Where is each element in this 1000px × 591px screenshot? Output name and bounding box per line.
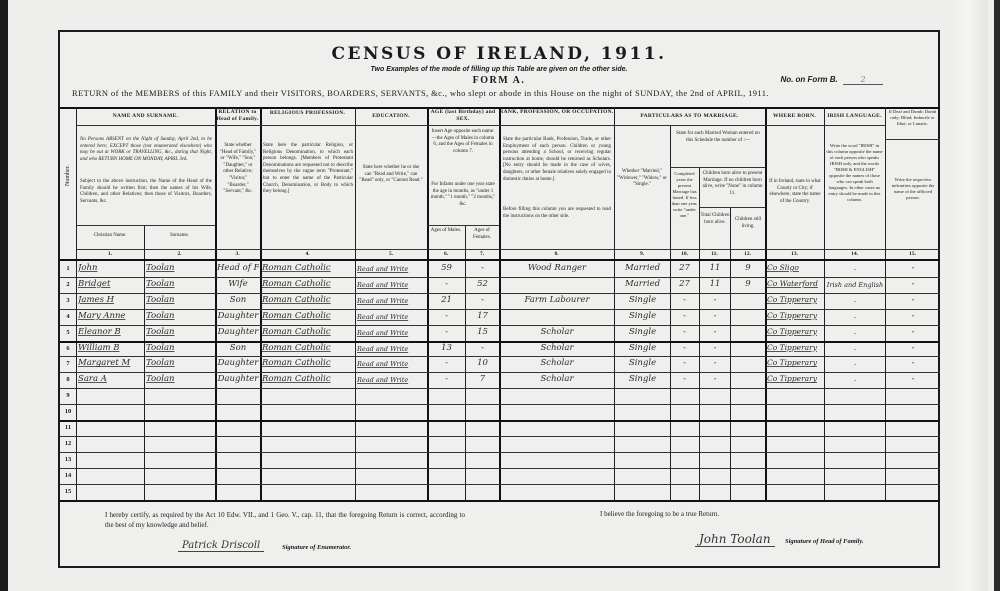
- form-title: CENSUS OF IRELAND, 1911.: [60, 44, 938, 64]
- cell-years: -: [671, 374, 698, 384]
- cell-age-m: -: [429, 327, 464, 337]
- cell-years: -: [671, 327, 698, 337]
- cell-total: -: [701, 374, 729, 384]
- enumerator-certification: I hereby certify, as required by the Act…: [105, 510, 465, 530]
- cell-age-f: -: [467, 263, 498, 273]
- header-divider: [76, 249, 940, 250]
- row-number: 6: [60, 345, 76, 352]
- column-number: 5.: [355, 251, 427, 257]
- cell-education: Read and Write: [357, 265, 426, 273]
- cell-age-m: -: [429, 279, 464, 289]
- name-instructions-2: Subject to the above instruction, the Na…: [80, 179, 212, 205]
- cell-education: Read and Write: [357, 345, 426, 353]
- cell-surname: Toolan: [146, 311, 214, 321]
- header-divider: [76, 125, 885, 126]
- row-number: 3: [60, 297, 76, 304]
- cell-surname: Toolan: [146, 263, 214, 273]
- head-signature-label: Signature of Head of Family.: [785, 538, 864, 545]
- cell-relation: Son: [217, 295, 259, 305]
- row-number: 8: [60, 376, 76, 383]
- cell-marital: Single: [616, 343, 669, 353]
- row-number: 15: [60, 488, 76, 495]
- cell-age-f: 7: [467, 374, 498, 384]
- cell-christian: James H: [78, 295, 144, 305]
- cell-age-m: 21: [429, 295, 464, 305]
- column-number: 9.: [614, 251, 670, 257]
- header-divider: [699, 207, 765, 208]
- column-number: 3.: [215, 251, 260, 257]
- cell-christian: Mary Anne: [78, 311, 144, 321]
- column-number: 10.: [670, 251, 699, 257]
- row-number: 13: [60, 456, 76, 463]
- form-subtitle: Two Examples of the mode of filling up t…: [60, 66, 938, 73]
- cell-relation: Son: [217, 343, 259, 353]
- relation-instructions: State whether "Head of Family," or "Wife…: [218, 143, 258, 196]
- cell-irish: -: [826, 329, 884, 337]
- cell-years: -: [671, 311, 698, 321]
- column-number: 11.: [699, 251, 730, 257]
- cell-years: -: [671, 295, 698, 305]
- enumerator-signature: Patrick Driscoll: [178, 540, 264, 552]
- header-occupation: RANK, PROFESSION, OR OCCUPATION.: [499, 109, 614, 116]
- cell-age-m: -: [429, 358, 464, 368]
- cell-infirmity: -: [887, 327, 939, 337]
- col-divider: [614, 107, 615, 500]
- row-divider: [60, 468, 940, 469]
- cell-total: -: [701, 311, 729, 321]
- cell-irish: -: [826, 297, 884, 305]
- ages-males-header: Ages of Males.: [427, 228, 465, 235]
- row-number: 12: [60, 440, 76, 447]
- header-number: Number.: [65, 174, 71, 186]
- cell-irish: -: [826, 313, 884, 321]
- header-divider: [76, 225, 215, 226]
- cell-age-f: -: [467, 295, 498, 305]
- col-divider: [355, 107, 356, 500]
- cell-age-f: 52: [467, 279, 498, 289]
- cell-born: Co Tipperary: [767, 343, 823, 352]
- religion-instructions: State here the particular Religion, or R…: [263, 143, 353, 196]
- cell-surname: Toolan: [146, 295, 214, 305]
- cell-religion: Roman Catholic: [262, 343, 354, 353]
- cell-surname: Toolan: [146, 358, 214, 368]
- form-b-number: No. on Form B. 2: [780, 75, 883, 85]
- census-form: CENSUS OF IRELAND, 1911. Two Examples of…: [58, 30, 940, 568]
- cell-born: Co Tipperary: [767, 358, 823, 367]
- children-instructions: Children born alive to present Marriage.…: [701, 171, 764, 197]
- cell-religion: Roman Catholic: [262, 279, 354, 289]
- cell-age-f: 15: [467, 327, 498, 337]
- header-marriage: PARTICULARS AS TO MARRIAGE.: [614, 113, 765, 120]
- cell-religion: Roman Catholic: [262, 374, 354, 384]
- cell-years: -: [671, 343, 698, 353]
- column-number: 6.: [427, 251, 465, 257]
- cell-irish: -: [826, 345, 884, 353]
- cell-born: Co Tipperary: [767, 327, 823, 336]
- header-religion: RELIGIOUS PROFESSION.: [260, 110, 355, 117]
- form-b-value: 2: [843, 75, 883, 85]
- cell-irish: Irish and English: [826, 281, 884, 289]
- cell-years: 27: [671, 263, 698, 273]
- children-living-header: Children still living.: [731, 217, 765, 230]
- cell-religion: Roman Catholic: [262, 311, 354, 321]
- cell-marital: Single: [616, 374, 669, 384]
- cell-infirmity: -: [887, 295, 939, 305]
- cell-infirmity: -: [887, 343, 939, 353]
- cell-relation: Daughter: [217, 327, 259, 337]
- cell-education: Read and Write: [357, 360, 426, 368]
- cell-relation: Daughter: [217, 358, 259, 368]
- cell-relation: Head of Family: [217, 263, 259, 273]
- footer-divider: [60, 500, 940, 502]
- cell-education: Read and Write: [357, 329, 426, 337]
- cell-religion: Roman Catholic: [262, 327, 354, 337]
- cell-born: Co Tipperary: [767, 295, 823, 304]
- cell-education: Read and Write: [357, 376, 426, 384]
- column-number: 7.: [465, 251, 499, 257]
- cell-marital: Married: [616, 263, 669, 273]
- cell-irish: -: [826, 360, 884, 368]
- occupation-instructions-1: State the particular Rank, Profession, T…: [503, 137, 611, 183]
- column-number: 14.: [824, 251, 885, 257]
- infirmity-instructions: Write the respective infirmities opposit…: [888, 177, 938, 201]
- age-instructions-1: Insert Age opposite each name:—the Ages …: [430, 129, 496, 155]
- cell-age-m: -: [429, 311, 464, 321]
- cell-education: Read and Write: [357, 297, 426, 305]
- cell-age-f: 10: [467, 358, 498, 368]
- education-instructions: State here whether he or she can "Read a…: [359, 165, 423, 185]
- christian-name-header: Christian Name.: [76, 233, 144, 240]
- surname-header: Surname.: [144, 233, 215, 240]
- column-number: 1.: [76, 251, 144, 257]
- cell-surname: Toolan: [146, 374, 214, 384]
- cell-total: -: [701, 295, 729, 305]
- header-divider: [885, 139, 940, 140]
- cell-relation: Daughter: [217, 374, 259, 384]
- cell-living: 9: [732, 263, 764, 273]
- occupation-instructions-2: Before filling this column you are reque…: [503, 207, 611, 220]
- column-number: 4.: [260, 251, 355, 257]
- age-instructions-2: For Infants under one year state the age…: [430, 182, 496, 208]
- cell-marital: Single: [616, 358, 669, 368]
- cell-marital: Married: [616, 279, 669, 289]
- cell-born: Co Tipperary: [767, 311, 823, 320]
- cell-age-f: -: [467, 343, 498, 353]
- cell-born: Co Tipperary: [767, 374, 823, 383]
- cell-total: 11: [701, 263, 729, 273]
- cell-occupation: Scholar: [501, 358, 613, 368]
- census-table: NAME AND SURNAME. RELATION to Head of Fa…: [60, 107, 940, 500]
- row-number: 7: [60, 360, 76, 367]
- belief-statement: I believe the foregoing to be a true Ret…: [600, 510, 719, 518]
- cell-age-f: 17: [467, 311, 498, 321]
- cell-education: Read and Write: [357, 313, 426, 321]
- cell-marital: Single: [616, 295, 669, 305]
- enumerator-signature-label: Signature of Enumerator.: [282, 544, 351, 551]
- column-number: 13.: [765, 251, 824, 257]
- row-number: 9: [60, 392, 76, 399]
- cell-occupation: Farm Labourer: [501, 295, 613, 305]
- cell-irish: -: [826, 265, 884, 273]
- header-relation: RELATION to Head of Family.: [215, 109, 260, 123]
- cell-age-m: -: [429, 374, 464, 384]
- row-number: 14: [60, 472, 76, 479]
- row-divider: [60, 452, 940, 453]
- cell-education: Read and Write: [357, 281, 426, 289]
- column-number: 12.: [730, 251, 765, 257]
- scan-edge-left: [0, 0, 8, 591]
- header-bottom-border: [60, 259, 940, 261]
- cell-marital: Single: [616, 311, 669, 321]
- row-divider: [60, 325, 940, 326]
- cell-relation: Wife: [217, 279, 259, 289]
- row-divider: [60, 309, 940, 310]
- cell-total: -: [701, 327, 729, 337]
- row-divider: [60, 293, 940, 294]
- cell-infirmity: -: [887, 263, 939, 273]
- row-number: 5: [60, 329, 76, 336]
- cell-christian: Margaret M: [78, 358, 144, 368]
- cell-religion: Roman Catholic: [262, 295, 354, 305]
- row-number: 2: [60, 281, 76, 288]
- row-divider: [60, 388, 940, 389]
- cell-christian: Eleanor B: [78, 327, 144, 337]
- cell-relation: Daughter: [217, 311, 259, 321]
- marital-instructions: Whether "Married," "Widower," "Widow," o…: [617, 169, 667, 189]
- row-number: 10: [60, 408, 76, 415]
- header-name: NAME AND SURNAME.: [76, 113, 215, 120]
- column-number: 15.: [885, 251, 940, 257]
- cell-christian: Sara A: [78, 374, 144, 384]
- row-divider: [60, 484, 940, 485]
- name-instructions-1: No Persons ABSENT on the Night of Sunday…: [80, 137, 212, 163]
- header-infirmity: If Deaf and Dumb; Dumb only; Blind; Imbe…: [886, 109, 939, 126]
- cell-born: Co Waterford: [767, 279, 823, 288]
- cell-occupation: Scholar: [501, 327, 613, 337]
- where-born-instructions: If in Ireland, state in what County or C…: [768, 179, 822, 205]
- header-where-born: WHERE BORN.: [765, 113, 824, 120]
- cell-christian: William B: [78, 343, 144, 353]
- row-divider: [60, 420, 940, 422]
- header-divider: [670, 167, 765, 168]
- total-children-header: Total Children born alive.: [700, 213, 730, 226]
- row-number: 4: [60, 313, 76, 320]
- row-divider: [60, 277, 940, 278]
- irish-instructions: Write the word "IRISH" in this column op…: [826, 143, 883, 203]
- cell-religion: Roman Catholic: [262, 263, 354, 273]
- cell-surname: Toolan: [146, 343, 214, 353]
- cell-age-m: 13: [429, 343, 464, 353]
- cell-infirmity: -: [887, 358, 939, 368]
- cell-irish: -: [826, 376, 884, 384]
- head-signature: John Toolan: [695, 532, 775, 547]
- col-divider: [885, 107, 886, 500]
- cell-christian: John: [78, 263, 144, 273]
- cell-infirmity: -: [887, 311, 939, 321]
- cell-marital: Single: [616, 327, 669, 337]
- cell-surname: Toolan: [146, 279, 214, 289]
- cell-born: Co Sligo: [767, 263, 823, 272]
- row-divider: [60, 436, 940, 437]
- cell-infirmity: -: [887, 279, 939, 289]
- cell-total: -: [701, 358, 729, 368]
- header-age: AGE (last Birthday) and SEX.: [427, 109, 499, 123]
- col-divider: [824, 107, 825, 500]
- cell-living: 9: [732, 279, 764, 289]
- row-number: 11: [60, 424, 76, 431]
- scan-edge-right: [994, 0, 1000, 591]
- header-divider: [427, 225, 499, 226]
- col-divider: [144, 225, 145, 500]
- column-number: 2.: [144, 251, 215, 257]
- cell-years: -: [671, 358, 698, 368]
- row-divider: [60, 404, 940, 405]
- return-line: RETURN of the MEMBERS of this FAMILY and…: [72, 88, 769, 98]
- row-divider: [60, 372, 940, 373]
- cell-infirmity: -: [887, 374, 939, 384]
- married-woman-instructions: State for each Married Woman entered on …: [672, 131, 764, 144]
- paper-fold: [948, 0, 988, 591]
- row-divider: [60, 356, 940, 357]
- cell-occupation: Scholar: [501, 374, 613, 384]
- col-divider: [76, 107, 77, 500]
- cell-surname: Toolan: [146, 327, 214, 337]
- cell-years: 27: [671, 279, 698, 289]
- cell-age-m: 59: [429, 263, 464, 273]
- ages-females-header: Ages of Females.: [465, 228, 499, 241]
- years-married-header: Completed years the present Marriage has…: [670, 171, 699, 219]
- form-b-label: No. on Form B.: [780, 75, 837, 84]
- cell-christian: Bridget: [78, 279, 144, 289]
- cell-total: -: [701, 343, 729, 353]
- header-irish: IRISH LANGUAGE.: [824, 113, 885, 120]
- row-number: 1: [60, 265, 76, 272]
- col-divider: [465, 225, 466, 500]
- header-education: EDUCATION.: [355, 113, 427, 120]
- cell-total: 11: [701, 279, 729, 289]
- column-number: 8.: [499, 251, 614, 257]
- cell-religion: Roman Catholic: [262, 358, 354, 368]
- cell-occupation: Scholar: [501, 343, 613, 353]
- cell-occupation: Wood Ranger: [501, 263, 613, 273]
